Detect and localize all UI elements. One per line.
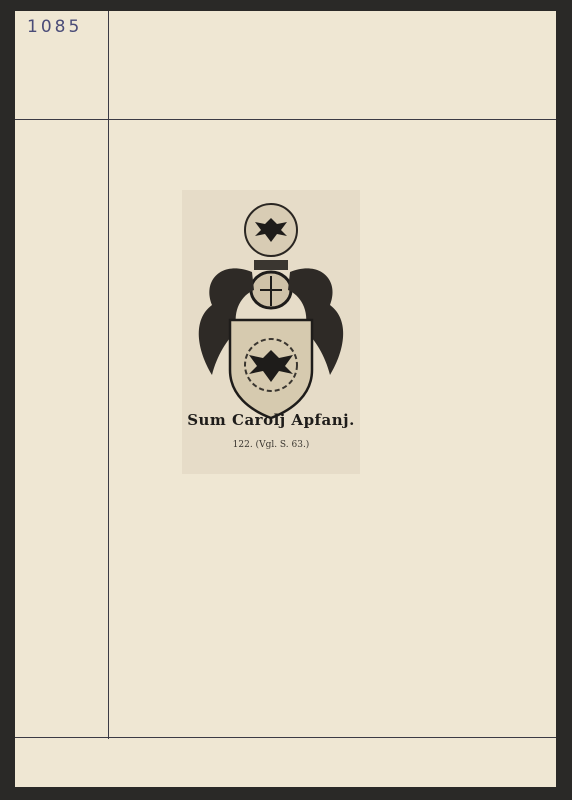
- catalog-card: 1085 Sum Carolj Apfanj. 122. (Vgl. S. 63…: [15, 11, 556, 787]
- vertical-rule: [108, 11, 109, 739]
- bookplate-caption: 122. (Vgl. S. 63.): [182, 440, 360, 450]
- bottom-horizontal-rule: [15, 737, 556, 738]
- bookplate: Sum Carolj Apfanj. 122. (Vgl. S. 63.): [182, 190, 360, 474]
- inventory-number: 1085: [27, 17, 82, 37]
- coat-of-arms-icon: [182, 190, 360, 420]
- top-horizontal-rule: [15, 119, 556, 120]
- bookplate-motto: Sum Carolj Apfanj.: [182, 411, 360, 429]
